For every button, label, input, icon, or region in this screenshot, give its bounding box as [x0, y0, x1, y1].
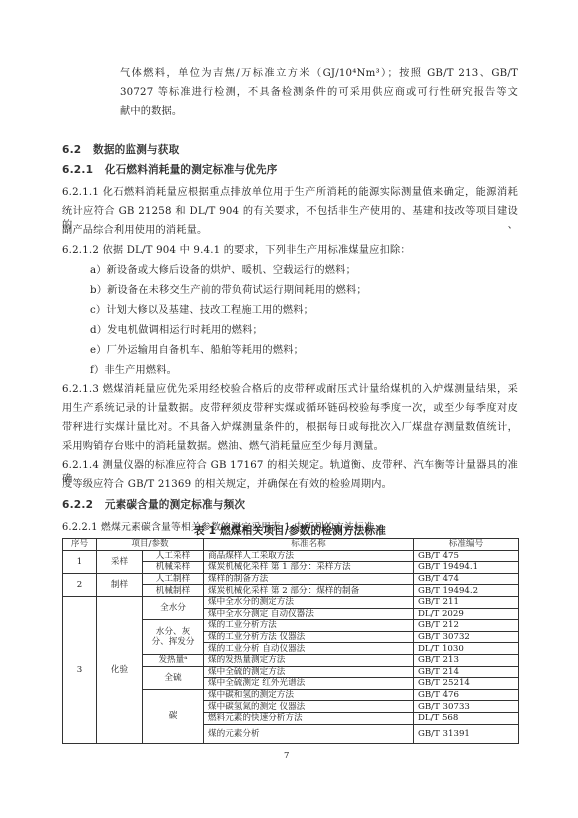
section-heading-6-2-2: 6.2.2 元素碳含量的测定标准与频次	[62, 498, 245, 512]
cell-name: 煤中全水分的测定方法	[204, 596, 414, 608]
document-page: 气体燃料，单位为吉焦/万标准立方米（GJ/10⁴Nm³）；按照 GB/T 213…	[0, 0, 578, 818]
cell-code: GB/T 19494.2	[414, 585, 519, 597]
cell-name: 煤中碳氢氮的测定 仪器法	[204, 701, 414, 713]
header-name: 标准名称	[204, 539, 414, 551]
header-code: 标准编号	[414, 539, 519, 551]
intro-line-3: 献中的数据。	[120, 105, 182, 119]
list-item-b: b）新设备在未移交生产前的带负荷试运行期间耗用的燃料；	[90, 284, 367, 298]
section-title: 化石燃料消耗量的测定标准与优先序	[105, 164, 278, 176]
cell-code: GB/T 19494.1	[414, 562, 519, 574]
list-item-d: d）发电机做调相运行时耗用的燃料；	[90, 324, 263, 338]
cell-name: 煤的元素分析	[204, 724, 414, 743]
cell-subitem: 碳	[143, 689, 204, 743]
cell-name: 煤中全硫的测定方法	[204, 666, 414, 678]
cell-name: 煤炭机械化采样 第 1 部分：采样方法	[204, 562, 414, 574]
cell-subitem: 人工制样	[143, 573, 204, 585]
section-number: 6.2.1	[62, 164, 93, 176]
table-caption: 表 1 燃煤相关项目/参数的检测方法标准	[62, 524, 518, 538]
cell-item: 采样	[97, 550, 143, 573]
section-heading-6-2-1: 6.2.1 化石燃料消耗量的测定标准与优先序	[62, 163, 278, 177]
para-6-2-1-3-line-1: 6.2.1.3 燃煤消耗量应优先采用经校验合格后的皮带秤或耐压式计量给煤机的入炉…	[62, 383, 518, 397]
list-item-f: f）非生产用燃料。	[90, 364, 177, 378]
cell-code: GB/T 31391	[414, 724, 519, 743]
intro-line-2: 30727 等标准进行检测，不具备检测条件的可采用供应商或可行性研究报告等文	[120, 86, 518, 100]
cell-subitem: 发热量ᵃ	[143, 654, 204, 666]
para-6-2-1-1-line-3: 副产品综合利用使用的消耗量。	[62, 224, 207, 238]
page-number: 7	[284, 751, 289, 761]
cell-code: GB/T 476	[414, 689, 519, 701]
para-6-2-1-1-line-1: 6.2.1.1 化石燃料消耗量应根据重点排放单位用于生产所消耗的能源实际测量值来…	[62, 186, 518, 200]
para-6-2-1-3-line-4: 采用购销存台账中的消耗量数据。燃油、燃气消耗量应至少每月测量。	[62, 440, 384, 454]
cell-name: 煤的工业分析方法	[204, 620, 414, 632]
header-item: 项目/参数	[97, 539, 204, 551]
cell-subitem: 人工采样	[143, 550, 204, 562]
cell-subitem: 水分、灰分、挥发分	[143, 620, 204, 655]
section-title: 数据的监测与获取	[93, 144, 179, 156]
cell-code: GB/T 214	[414, 666, 519, 678]
list-item-a: a）新设备或大修后设备的烘炉、暖机、空载运行的燃料；	[90, 264, 356, 278]
cell-name: 煤炭机械化采样 第 2 部分：煤样的制备	[204, 585, 414, 597]
cell-code: GB/T 25214	[414, 678, 519, 690]
cell-name: 煤中全硫测定 红外光谱法	[204, 678, 414, 690]
section-heading-6-2: 6.2 数据的监测与获取	[62, 143, 179, 157]
cell-code: GB/T 30733	[414, 701, 519, 713]
cell-code: GB/T 211	[414, 596, 519, 608]
cell-name: 煤的工业分析方法 仪器法	[204, 631, 414, 643]
cell-code: DL/T 1030	[414, 643, 519, 655]
cell-code: GB/T 474	[414, 573, 519, 585]
cell-code: DL/T 568	[414, 712, 519, 724]
list-item-c: c）计划大修以及基建、技改工程施工用的燃料；	[90, 304, 314, 318]
cell-item: 制样	[97, 573, 143, 596]
cell-code: GB/T 213	[414, 654, 519, 666]
para-6-2-1-4-line-2: 度等级应符合 GB/T 21369 的相关规定，并确保在有效的检验周期内。	[62, 478, 392, 492]
cell-name: 煤样的制备方法	[204, 573, 414, 585]
list-item-e: e）厂外运输用自备机车、船舶等耗用的燃料；	[90, 344, 304, 358]
cell-code: GB/T 475	[414, 550, 519, 562]
para-6-2-1-3-line-3: 带秤进行实煤计量比对。不具备入炉煤测量条件的，根据每日或每批次入厂煤盘存测量数值…	[62, 421, 518, 435]
para-6-2-1-3-line-2: 用生产系统记录的计量数据。皮带秤须皮带秤实煤或循环链码校验每季度一次，或至少每季…	[62, 402, 518, 416]
table-row: 2 制样 人工制样 煤样的制备方法 GB/T 474	[63, 573, 519, 585]
section-number: 6.2.2	[62, 499, 93, 511]
cell-item: 化验	[97, 596, 143, 743]
cell-subitem: 全水分	[143, 596, 204, 619]
cell-name: 煤中全水分测定 自动仪器法	[204, 608, 414, 620]
cell-subitem: 机械制样	[143, 585, 204, 597]
cell-subitem: 机械采样	[143, 562, 204, 574]
cell-seq: 3	[63, 596, 97, 743]
cell-seq: 1	[63, 550, 97, 573]
standards-table: 序号 项目/参数 标准名称 标准编号 1 采样 人工采样 商品煤样人工采取方法 …	[62, 538, 519, 744]
cell-seq: 2	[63, 573, 97, 596]
cell-name: 商品煤样人工采取方法	[204, 550, 414, 562]
cell-code: GB/T 30732	[414, 631, 519, 643]
intro-line-1: 气体燃料，单位为吉焦/万标准立方米（GJ/10⁴Nm³）；按照 GB/T 213…	[120, 67, 518, 81]
cell-name: 燃料元素的快速分析方法	[204, 712, 414, 724]
cell-name: 煤的发热量测定方法	[204, 654, 414, 666]
table-row: 1 采样 人工采样 商品煤样人工采取方法 GB/T 475	[63, 550, 519, 562]
section-number: 6.2	[62, 144, 81, 156]
cell-subitem: 全硫	[143, 666, 204, 689]
cell-name: 煤的工业分析 自动仪器法	[204, 643, 414, 655]
cell-code: GB/T 212	[414, 620, 519, 632]
section-title: 元素碳含量的测定标准与频次	[105, 499, 245, 511]
header-seq: 序号	[63, 539, 97, 551]
cell-code: DL/T 2029	[414, 608, 519, 620]
para-6-2-1-2-intro: 6.2.1.2 依据 DL/T 904 中 9.4.1 的要求，下列非生产用标准…	[62, 244, 411, 258]
cell-name: 煤中碳和氢的测定方法	[204, 689, 414, 701]
table-row: 3 化验 全水分 煤中全水分的测定方法 GB/T 211	[63, 596, 519, 608]
table-header-row: 序号 项目/参数 标准名称 标准编号	[63, 539, 519, 551]
